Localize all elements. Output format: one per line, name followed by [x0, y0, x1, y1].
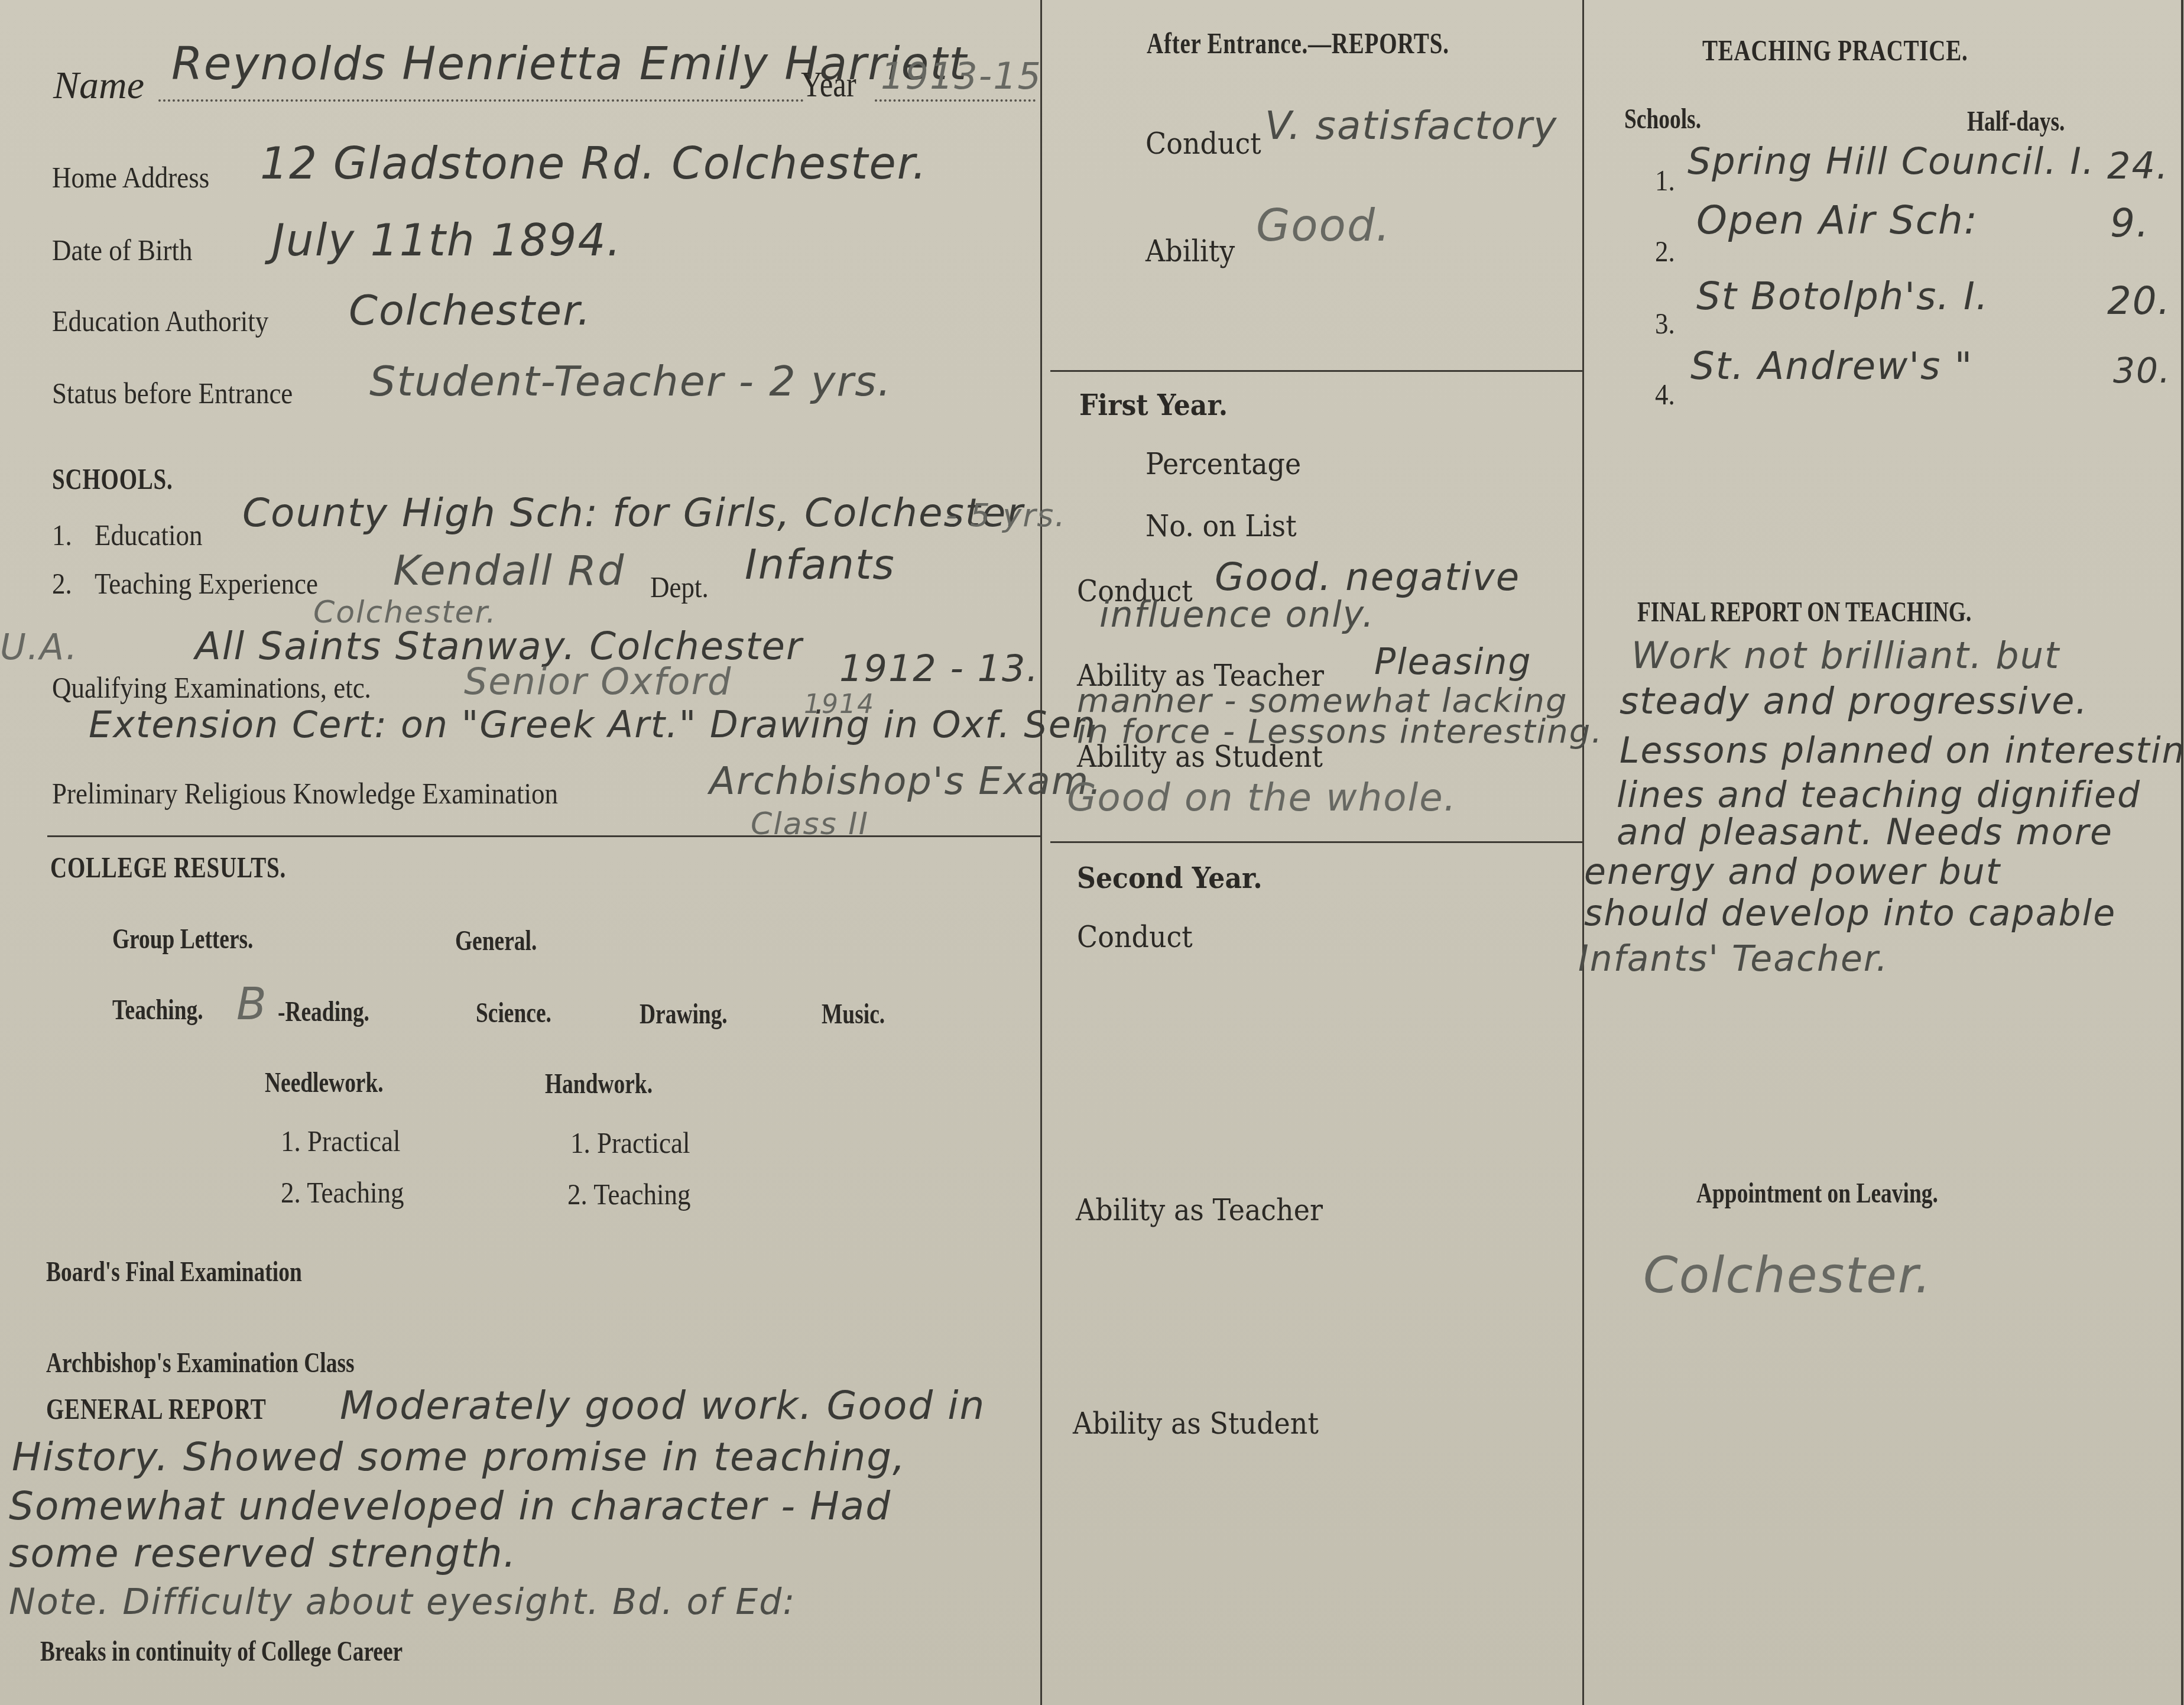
practice-row-num: 4.: [1655, 380, 1675, 409]
rule-college-results: [47, 835, 1040, 837]
dept-label: Dept.: [650, 572, 709, 602]
general-report-line-4: some reserved strength.: [9, 1534, 517, 1573]
practice-row-half-days: 24.: [2107, 148, 2169, 184]
qualifying-label: Qualifying Examinations, etc.: [52, 673, 371, 702]
handwork-label: Handwork.: [545, 1070, 653, 1098]
final-report-line-8: Infants' Teacher.: [1578, 941, 1888, 977]
prelim-class: Class II: [751, 809, 869, 839]
practice-row-num: 3.: [1655, 309, 1675, 338]
fy-ability-student-value: Good on the whole.: [1067, 779, 1457, 817]
sy-ability-student-label: Ability as Student: [1073, 1409, 1319, 1438]
final-report-line-3: Lessons planned on interesting: [1620, 733, 2184, 769]
education-authority-value: Colchester.: [349, 290, 592, 331]
year-underline: [875, 99, 1036, 102]
general-report-label: GENERAL REPORT: [46, 1394, 267, 1424]
status-value: Student-Teacher - 2 yrs.: [369, 361, 892, 402]
ability-value: Good.: [1256, 204, 1391, 248]
teaching-exp-value: Kendall Rd: [393, 550, 625, 591]
no-on-list-label: No. on List: [1145, 511, 1297, 541]
percentage-label: Percentage: [1145, 449, 1301, 479]
extension-note: Extension Cert: on "Greek Art." Drawing …: [89, 706, 1096, 743]
conduct-value: V. satisfactory: [1265, 106, 1557, 145]
handwork-practical: 1. Practical: [570, 1128, 690, 1158]
teaching-exp-colchester: Colchester.: [313, 597, 497, 628]
final-report-line-5: and pleasant. Needs more: [1617, 815, 2113, 850]
science-label: Science.: [476, 999, 551, 1027]
final-report-line-7: should develop into capable: [1584, 896, 2116, 931]
status-label: Status before Entrance: [52, 378, 293, 408]
appointment-value: Colchester.: [1643, 1250, 1932, 1300]
column-divider-left: [1040, 0, 1042, 1705]
needlework-teaching: 2. Teaching: [281, 1178, 404, 1207]
ua-note: U.A.: [0, 630, 78, 665]
boards-final-label: Board's Final Examination: [46, 1258, 302, 1286]
home-address-value: 12 Gladstone Rd. Colchester.: [260, 142, 927, 186]
ability-label: Ability: [1145, 236, 1235, 266]
sy-ability-teacher-label: Ability as Teacher: [1076, 1195, 1323, 1225]
card-edge: [2181, 0, 2183, 1705]
prelim-value: Archbishop's Exam.: [709, 763, 1102, 800]
fy-ability-teacher-value-1: Pleasing: [1374, 644, 1532, 680]
record-card: Name Reynolds Henrietta Emily Harriett Y…: [0, 0, 2184, 1705]
music-label: Music.: [822, 1000, 885, 1029]
archbishops-class-label: Archbishop's Examination Class: [46, 1349, 355, 1377]
final-report-heading: FINAL REPORT ON TEACHING.: [1637, 598, 1971, 627]
name-label: Name: [53, 66, 144, 105]
dept-value: Infants: [745, 544, 895, 585]
conduct-label: Conduct: [1145, 129, 1261, 158]
years-note: 1912 - 13.: [839, 650, 1039, 687]
practice-row-school: St. Andrew's ": [1690, 348, 1973, 385]
education-note: - 5 yrs.: [946, 500, 1066, 531]
final-report-line-1: Work not brilliant. but: [1631, 637, 2060, 674]
year-label: Year: [801, 66, 856, 103]
fy-ability-student-label: Ability as Student: [1077, 742, 1323, 772]
drawing-label: Drawing.: [640, 1000, 728, 1029]
rule-second-year: [1050, 841, 1582, 843]
final-report-line-2: steady and progressive.: [1620, 683, 2088, 719]
fy-conduct-value-1: Good. negative: [1215, 559, 1520, 597]
after-entrance-heading: After Entrance.—REPORTS.: [1147, 28, 1449, 58]
teaching-grade: B: [236, 983, 268, 1026]
half-days-column-label: Half-days.: [1967, 108, 2065, 136]
reading-label: -Reading.: [278, 998, 369, 1026]
dob-label: Date of Birth: [52, 235, 192, 265]
schools-column-label: Schools.: [1624, 105, 1701, 134]
general-label: General.: [455, 927, 537, 955]
first-year-heading: First Year.: [1079, 391, 1228, 420]
college-results-heading: COLLEGE RESULTS.: [50, 852, 286, 882]
general-report-line-3: Somewhat undeveloped in character - Had: [9, 1487, 891, 1526]
teaching-group-label: Teaching.: [112, 996, 203, 1025]
year-value: 1913-15: [881, 58, 1042, 95]
teaching-exp-num: 2.: [52, 569, 72, 598]
teaching-practice-heading: TEACHING PRACTICE.: [1702, 35, 1968, 65]
handwork-teaching: 2. Teaching: [567, 1179, 690, 1209]
education-label: Education: [95, 520, 202, 550]
qualifying-value: Senior Oxford: [464, 663, 732, 700]
breaks-label: Breaks in continuity of College Career: [40, 1638, 403, 1666]
practice-row-school: Spring Hill Council. I.: [1688, 143, 2095, 180]
final-report-line-6: energy and power but: [1584, 854, 2001, 890]
practice-row-half-days: 20.: [2107, 283, 2171, 320]
general-report-line-1: Moderately good work. Good in: [340, 1386, 985, 1425]
name-underline: [158, 99, 804, 102]
education-num: 1.: [52, 520, 72, 550]
practice-row-school: St Botolph's. I.: [1696, 278, 1989, 316]
education-value: County High Sch: for Girls, Colchester: [242, 494, 1024, 533]
second-year-heading: Second Year.: [1077, 864, 1263, 893]
sy-conduct-label: Conduct: [1077, 922, 1193, 952]
needlework-practical: 1. Practical: [281, 1126, 400, 1156]
dob-value: July 11th 1894.: [272, 219, 622, 262]
practice-row-num: 1.: [1655, 166, 1675, 195]
general-report-line-5: Note. Difficulty about eyesight. Bd. of …: [9, 1584, 796, 1620]
schools-heading: SCHOOLS.: [52, 464, 173, 494]
home-address-label: Home Address: [52, 163, 209, 192]
needlework-label: Needlework.: [265, 1069, 384, 1097]
general-report-line-2: History. Showed some promise in teaching…: [12, 1438, 906, 1477]
appointment-heading: Appointment on Leaving.: [1696, 1179, 1938, 1208]
practice-row-half-days: 30.: [2113, 354, 2171, 388]
teaching-exp-label: Teaching Experience: [95, 569, 318, 598]
group-letters-label: Group Letters.: [112, 925, 253, 954]
final-report-line-4: lines and teaching dignified: [1617, 777, 2141, 813]
fy-conduct-value-2: influence only.: [1099, 597, 1375, 633]
practice-row-school: Open Air Sch:: [1696, 201, 1978, 240]
rule-first-year: [1050, 370, 1582, 372]
practice-row-half-days: 9.: [2110, 204, 2150, 243]
prelim-label: Preliminary Religious Knowledge Examinat…: [52, 779, 558, 808]
practice-row-num: 2.: [1655, 236, 1675, 266]
education-authority-label: Education Authority: [52, 306, 268, 336]
